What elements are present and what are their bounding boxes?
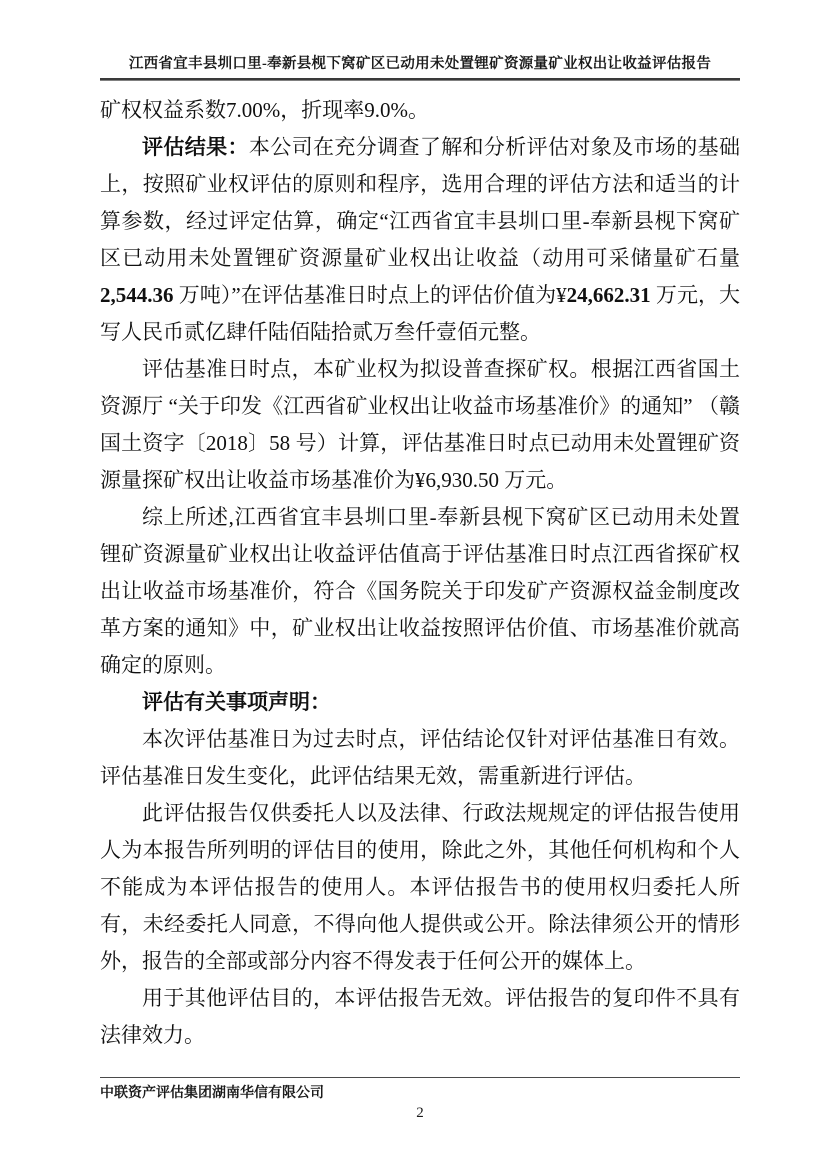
footer-company-name: 中联资产评估集团湖南华信有限公司 — [100, 1082, 740, 1102]
paragraph-benchmark-price: 评估基准日时点，本矿业权为拟设普查探矿权。根据江西省国土资源厅 “关于印发《江西… — [100, 351, 740, 499]
paragraph-usage-restriction: 此评估报告仅供委托人以及法律、行政法规规定的评估报告使用人为本报告所列明的评估目… — [100, 795, 740, 980]
paragraph-text: 万吨）”在评估基准日时点上的评估价值为¥ — [174, 283, 567, 307]
header-title: 江西省宜丰县圳口里-奉新县枧下窝矿区已动用未处置锂矿资源量矿业权出让收益评估报告 — [100, 52, 740, 73]
paragraph-evaluation-result: 评估结果：本公司在充分调查了解和分析评估对象及市场的基础上，按照矿业权评估的原则… — [100, 129, 740, 351]
document-body: 矿权权益系数7.00%，折现率9.0%。 评估结果：本公司在充分调查了解和分析评… — [100, 92, 740, 1054]
header-rule — [100, 78, 740, 81]
ore-quantity-value: 2,544.36 — [100, 283, 174, 307]
result-label: 评估结果： — [142, 135, 249, 159]
document-page: 江西省宜丰县圳口里-奉新县枧下窝矿区已动用未处置锂矿资源量矿业权出让收益评估报告… — [0, 0, 827, 1170]
valuation-amount-value: 24,662.31 — [567, 283, 651, 307]
page-footer: 中联资产评估集团湖南华信有限公司 2 — [100, 1077, 740, 1122]
paragraph-carryover: 矿权权益系数7.00%，折现率9.0%。 — [100, 92, 740, 129]
page-number: 2 — [100, 1105, 740, 1122]
paragraph-text: 矿权权益系数7.00%，折现率9.0%。 — [100, 98, 429, 122]
paragraph-other-purpose: 用于其他评估目的，本评估报告无效。评估报告的复印件不具有法律效力。 — [100, 980, 740, 1054]
footer-rule — [100, 1077, 740, 1078]
statement-heading: 评估有关事项声明： — [100, 684, 740, 721]
paragraph-conclusion: 综上所述,江西省宜丰县圳口里-奉新县枧下窝矿区已动用未处置锂矿资源量矿业权出让收… — [100, 499, 740, 684]
page-content: 江西省宜丰县圳口里-奉新县枧下窝矿区已动用未处置锂矿资源量矿业权出让收益评估报告… — [100, 52, 740, 1054]
page-header: 江西省宜丰县圳口里-奉新县枧下窝矿区已动用未处置锂矿资源量矿业权出让收益评估报告 — [100, 52, 740, 81]
paragraph-validity: 本次评估基准日为过去时点，评估结论仅针对评估基准日有效。评估基准日发生变化，此评… — [100, 721, 740, 795]
